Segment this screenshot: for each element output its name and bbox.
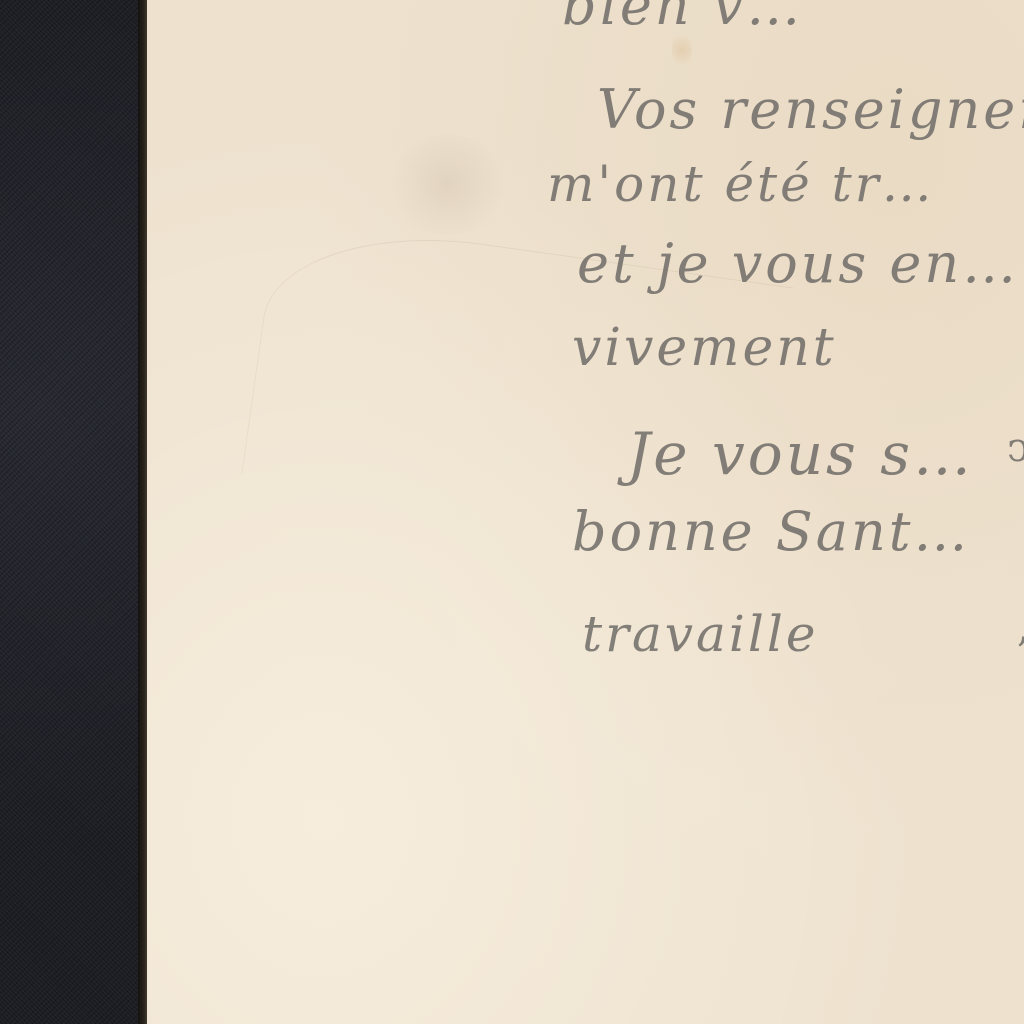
handwritten-line-2: Vos renseignem… <box>597 78 1024 141</box>
letter-paper: bien v… Vos renseignem… m'ont été tr… et… <box>147 0 1024 1024</box>
handwritten-line-5: vivement <box>572 318 837 378</box>
handwritten-line-3: m'ont été tr… <box>547 155 935 213</box>
faint-stamp-mark <box>382 135 512 235</box>
handwritten-line-7: bonne Sant… <box>572 500 970 563</box>
punctuation-mark-3: , <box>1017 605 1024 651</box>
punctuation-mark-2: ͻ <box>1007 425 1024 471</box>
handwritten-line-1: bien v… <box>562 0 803 37</box>
handwritten-line-8: travaille <box>582 605 818 663</box>
dark-fabric-binding <box>0 0 146 1024</box>
document-photo: bien v… Vos renseignem… m'ont été tr… et… <box>0 0 1024 1024</box>
handwritten-line-4: et je vous en… <box>577 232 1019 295</box>
handwritten-line-6: Je vous s… <box>627 420 974 488</box>
